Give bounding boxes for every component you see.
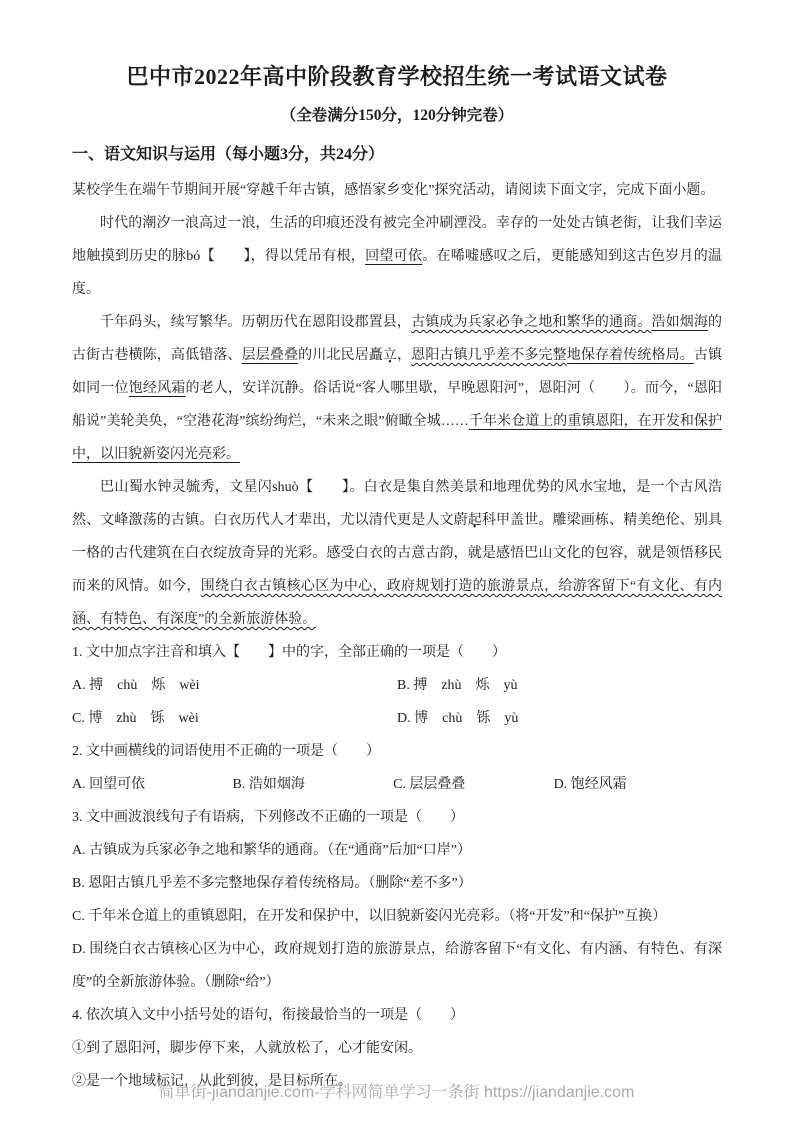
text-segment-underline: 饱经风霜 [129, 381, 186, 396]
footer-watermark: 简单街-jiandanjie.com-学科网简单学习一条街 https://ji… [0, 1079, 793, 1102]
text-segment-dot: 蔚 [454, 513, 468, 528]
question-3-stem: 3. 文中画波浪线句子有语病，下列修改不正确的一项是（ ） [72, 801, 722, 834]
question-1: 1. 文中加点字注音和填入【 】中的字，全部正确的一项是（ ） A. 搏 chù… [72, 636, 722, 735]
question-1-options: A. 搏 chù 烁 wèi B. 搏 zhù 烁 yù C. 博 zhù 铄 … [72, 669, 722, 735]
section-heading: 一、语文知识与运用（每小题3分，共24分） [72, 142, 722, 168]
question-2-option-a: A. 回望可依 [72, 768, 233, 801]
question-3-option-c: C. 千年米仓道上的重镇恩阳，在开发和保护中，以旧貌新姿闪光亮彩。（将“开发”和… [72, 900, 722, 933]
question-1-option-a: A. 搏 chù 烁 wèi [72, 669, 397, 702]
passage-paragraph-1: 时代的潮汐一浪高过一浪，生活的印痕还没有被完全冲刷湮没。幸存的一处处古镇老街，让… [72, 207, 722, 306]
text-segment-underline: 浩如烟海 [651, 315, 708, 330]
question-4-sentence-1: ①到了恩阳河，脚步停下来，人就放松了，心才能安闲。 [72, 1032, 722, 1065]
text-segment-underline: 地保存着传统格局。 [567, 348, 694, 363]
text-segment-wavy: 古镇成为兵家必争之地和繁华的通商。 [411, 315, 651, 330]
text-segment-dot: 矗 [369, 348, 383, 363]
text-segment-underline: 层层叠叠 [242, 348, 299, 363]
question-3-option-b: B. 恩阳古镇几乎差不多完整地保存着传统格局。（删除“差不多”） [72, 867, 722, 900]
question-1-option-b: B. 搏 zhù 烁 yù [397, 669, 722, 702]
text-segment-plain: 的川北民居 [298, 348, 369, 363]
passage-intro: 某校学生在端午节期间开展“穿越千年古镇，感悟家乡变化”探究活动，请阅读下面文字，… [72, 174, 722, 207]
text-segment-plain: 千年码头，续写繁华。历朝历代在恩阳设郡置县， [100, 315, 411, 330]
passage-paragraph-3: 巴山蜀水钟灵毓秀，文星闪shuò【 】。白衣是集自然美景和地理优势的风水宝地，是… [72, 471, 722, 636]
question-3: 3. 文中画波浪线句子有语病，下列修改不正确的一项是（ ） A. 古镇成为兵家必… [72, 801, 722, 999]
page-content: 巴中市2022年高中阶段教育学校招生统一考试语文试卷 （全卷满分150分，120… [0, 0, 793, 1098]
question-2-option-b: B. 浩如烟海 [233, 768, 394, 801]
question-2-options: A. 回望可依 B. 浩如烟海 C. 层层叠叠 D. 饱经风霜 [72, 768, 722, 801]
exam-paper-page: 巴中市2022年高中阶段教育学校招生统一考试语文试卷 （全卷满分150分，120… [0, 0, 793, 1122]
question-2-option-c: C. 层层叠叠 [393, 768, 554, 801]
question-1-option-c: C. 博 zhù 铄 wèi [72, 702, 397, 735]
question-2: 2. 文中画横线的词语使用不正确的一项是（ ） A. 回望可依 B. 浩如烟海 … [72, 735, 722, 801]
questions-section: 1. 文中加点字注音和填入【 】中的字，全部正确的一项是（ ） A. 搏 chù… [72, 636, 722, 1098]
text-segment-wavy: 恩阳古镇几乎差不多完整 [411, 348, 566, 363]
text-segment-underline: 回望可依 [365, 249, 422, 264]
passage-paragraph-2: 千年码头，续写繁华。历朝历代在恩阳设郡置县，古镇成为兵家必争之地和繁华的通商。浩… [72, 306, 722, 471]
question-2-stem: 2. 文中画横线的词语使用不正确的一项是（ ） [72, 735, 722, 768]
question-3-option-d: D. 围绕白衣古镇核心区为中心，政府规划打造的旅游景点，给游客留下“有文化、有内… [72, 933, 722, 999]
question-1-option-d: D. 博 chù 铄 yù [397, 702, 722, 735]
reading-passage: 某校学生在端午节期间开展“穿越千年古镇，感悟家乡变化”探究活动，请阅读下面文字，… [72, 174, 722, 636]
question-3-option-a: A. 古镇成为兵家必争之地和繁华的通商。（在“通商”后加“口岸”） [72, 834, 722, 867]
question-1-stem: 1. 文中加点字注音和填入【 】中的字，全部正确的一项是（ ） [72, 636, 722, 669]
page-title: 巴中市2022年高中阶段教育学校招生统一考试语文试卷 [72, 62, 722, 92]
question-4-stem: 4. 依次填入文中小括号处的语句，衔接最恰当的一项是（ ） [72, 999, 722, 1032]
question-2-option-d: D. 饱经风霜 [554, 768, 627, 801]
page-subtitle: （全卷满分150分，120分钟完卷） [72, 105, 722, 127]
